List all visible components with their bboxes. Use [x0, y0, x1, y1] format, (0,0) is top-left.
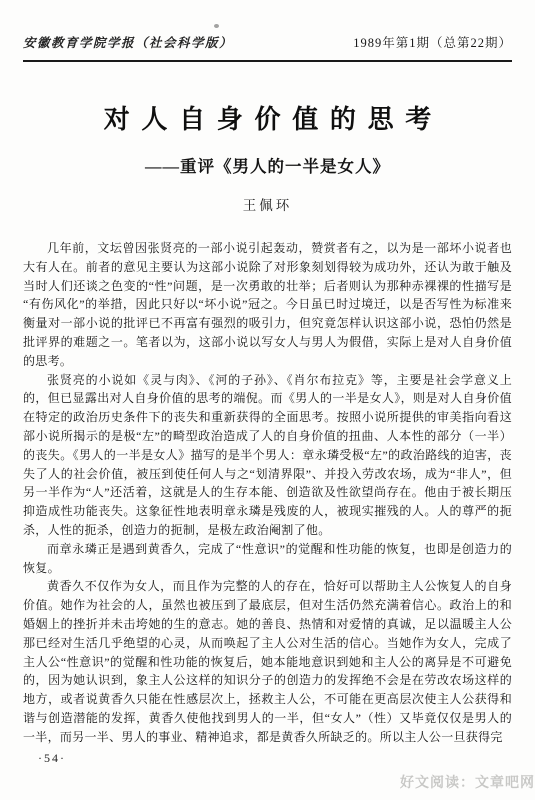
page-header: 安徽教育学院学报（社会科学版） 1989年第1期（总第22期）: [23, 0, 512, 62]
page-number: ·54·: [38, 751, 512, 766]
journal-page: 安徽教育学院学报（社会科学版） 1989年第1期（总第22期） 对人自身价值的思…: [0, 0, 535, 800]
watermark-text: 好文阅读：文章吧网: [400, 772, 535, 792]
body-paragraph: 几年前，文坛曾因张贤亮的一部小说引起轰动，赞赏者有之，以为是一部坏小说者也大有人…: [23, 239, 512, 371]
author-name: 王佩环: [23, 194, 512, 214]
article-title: 对人自身价值的思考: [23, 99, 524, 136]
body-paragraph: 而章永璘正是遇到黄香久，完成了“性意识”的觉醒和性功能的恢复，也即是创造力的恢复…: [23, 540, 512, 578]
journal-name: 安徽教育学院学报（社会科学版）: [23, 33, 233, 51]
body-paragraph: 张贤亮的小说如《灵与肉》、《河的子孙》、《肖尔布拉克》等，主要是社会学意义上的，…: [23, 371, 512, 540]
article-body: 几年前，文坛曾因张贤亮的一部小说引起轰动，赞赏者有之，以为是一部坏小说者也大有人…: [23, 239, 512, 747]
article-subtitle: ——重评《男人的一半是女人》: [23, 153, 512, 177]
scan-speck: [214, 24, 219, 28]
body-paragraph: 黄香久不仅作为女人，而且作为完整的人的存在，恰好可以帮助主人公恢复人的自身价值。…: [23, 577, 512, 746]
issue-info: 1989年第1期（总第22期）: [353, 33, 512, 51]
